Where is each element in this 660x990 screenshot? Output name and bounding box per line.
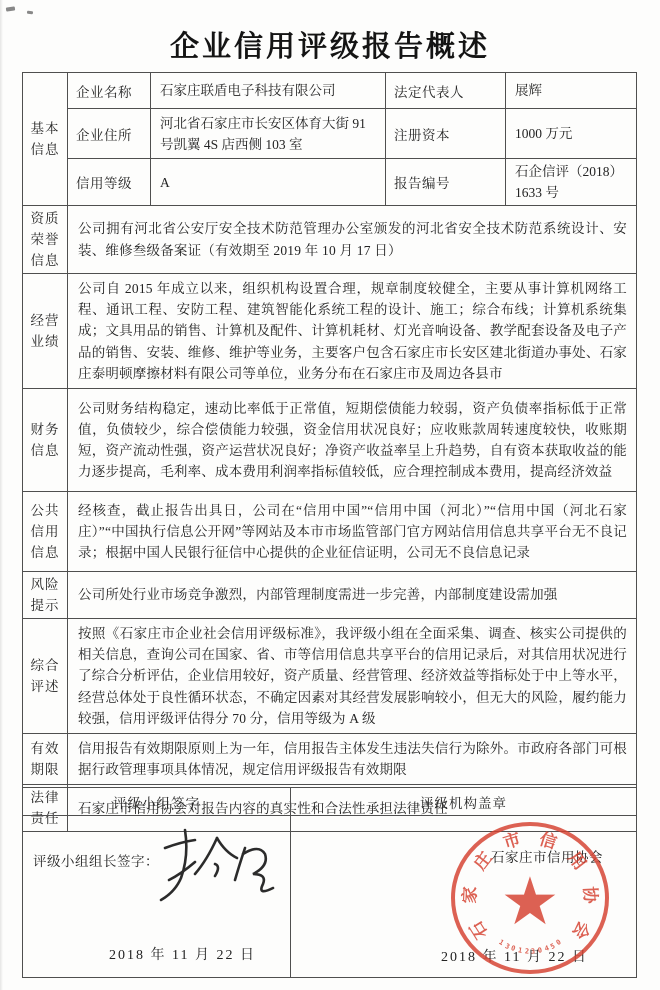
handwritten-signature bbox=[151, 822, 283, 912]
scan-edge-shadow bbox=[0, 0, 3, 990]
seal-star-icon: ★ bbox=[500, 869, 559, 935]
report-number-label: 报告编号 bbox=[386, 159, 506, 206]
report-table: 基本信息 企业名称 石家庄联盾电子科技有限公司 法定代表人 展辉 企业住所 河北… bbox=[22, 72, 637, 832]
company-name-value: 石家庄联盾电子科技有限公司 bbox=[151, 73, 386, 109]
public-credit-content: 经核查，截止报告出具日，公司在“信用中国”“信用中国（河北）”“信用中国（河北石… bbox=[68, 492, 637, 572]
validity-period-content: 信用报告有效期限原则上为一年，信用报告主体发生违法失信行为除外。市政府各部门可根… bbox=[68, 734, 637, 785]
table-row: 资质荣誉信息 公司拥有河北省公安厅安全技术防范管理办公室颁发的河北省安全技术防范… bbox=[23, 206, 637, 274]
table-row: 财务信息 公司财务结构稳定，速动比率低于正常值，短期偿债能力较弱，资产负债率指标… bbox=[23, 389, 637, 492]
table-row: 有效期限 信用报告有效期限原则上为一年，信用报告主体发生违法失信行为除外。市政府… bbox=[23, 734, 637, 785]
row-label-validity-period: 有效期限 bbox=[23, 734, 68, 785]
table-row: 企业住所 河北省石家庄市长安区体育大街 91 号凯翼 4S 店西侧 103 室 … bbox=[23, 109, 637, 159]
red-official-seal: ★ 石家庄市信用协会1301230450 bbox=[451, 822, 609, 974]
qualifications-content: 公司拥有河北省公安厅安全技术防范管理办公室颁发的河北省安全技术防范系统设计、安装… bbox=[68, 206, 637, 274]
table-row: 综合评述 按照《石家庄市企业社会信用评级标准》，我评级小组在全面采集、调查、核实… bbox=[23, 619, 637, 734]
seal-arc-char: 协 bbox=[581, 886, 599, 904]
signature-seal-table: 评级小组签字 评级机构盖章 评级小组组长签字： bbox=[22, 787, 637, 978]
report-number-value: 石企信评（2018）1633 号 bbox=[506, 159, 637, 206]
seal-arc-char: 2 bbox=[524, 948, 529, 955]
sign-header: 评级小组签字 bbox=[23, 788, 291, 816]
registered-capital-label: 注册资本 bbox=[386, 109, 506, 159]
credit-grade-label: 信用等级 bbox=[68, 159, 151, 206]
signature-cell: 评级小组组长签字： 2018 年 11 月 22 日 bbox=[23, 816, 291, 978]
overall-review-content: 按照《石家庄市企业社会信用评级标准》，我评级小组在全面采集、调查、核实公司提供的… bbox=[68, 619, 637, 734]
row-label-qualifications: 资质荣誉信息 bbox=[23, 206, 68, 274]
registered-capital-value: 1000 万元 bbox=[506, 109, 637, 159]
table-row: 经营业绩 公司自 2015 年成立以来，组织机构设置合理，规章制度较健全，主要从… bbox=[23, 274, 637, 389]
row-label-overall-review: 综合评述 bbox=[23, 619, 68, 734]
row-label-risk-warning: 风险提示 bbox=[23, 572, 68, 619]
row-label-public-credit: 公共信用信息 bbox=[23, 492, 68, 572]
row-label-business-performance: 经营业绩 bbox=[23, 274, 68, 389]
sign-date: 2018 年 11 月 22 日 bbox=[109, 944, 256, 964]
legal-rep-value: 展辉 bbox=[506, 73, 637, 109]
seal-cell: 石家庄市信用协会 2018 年 11 月 22 日 ★ 石家庄市信用协会1301… bbox=[291, 816, 637, 978]
risk-warning-content: 公司所处行业市场竞争激烈，内部管理制度需进一步完善，内部制度建设需加强 bbox=[68, 572, 637, 619]
company-address-label: 企业住所 bbox=[68, 109, 151, 159]
company-address-value: 河北省石家庄市长安区体育大街 91 号凯翼 4S 店西侧 103 室 bbox=[151, 109, 386, 159]
page-title: 企业信用评级报告概述 bbox=[0, 24, 660, 65]
scan-artifact bbox=[6, 6, 15, 11]
table-row: 风险提示 公司所处行业市场竞争激烈，内部管理制度需进一步完善，内部制度建设需加强 bbox=[23, 572, 637, 619]
table-row: 基本信息 企业名称 石家庄联盾电子科技有限公司 法定代表人 展辉 bbox=[23, 73, 637, 109]
scan-artifact bbox=[27, 11, 33, 15]
row-label-basic-info: 基本信息 bbox=[23, 73, 68, 206]
table-row: 评级小组组长签字： 2018 年 11 月 22 日 bbox=[23, 816, 637, 978]
credit-grade-value: A bbox=[151, 159, 386, 206]
financial-info-content: 公司财务结构稳定，速动比率低于正常值，短期偿债能力较弱，资产负债率指标低于正常值… bbox=[68, 389, 637, 492]
business-performance-content: 公司自 2015 年成立以来，组织机构设置合理，规章制度较健全，主要从事计算机网… bbox=[68, 274, 637, 389]
table-row: 公共信用信息 经核查，截止报告出具日，公司在“信用中国”“信用中国（河北）”“信… bbox=[23, 492, 637, 572]
seal-arc-char: 1 bbox=[517, 947, 522, 955]
company-name-label: 企业名称 bbox=[68, 73, 151, 109]
table-row: 信用等级 A 报告编号 石企信评（2018）1633 号 bbox=[23, 159, 637, 206]
legal-rep-label: 法定代表人 bbox=[386, 73, 506, 109]
row-label-financial-info: 财务信息 bbox=[23, 389, 68, 492]
credit-rating-report-page: 企业信用评级报告概述 基本信息 企业名称 石家庄联盾电子科技有限公司 法定代表人… bbox=[0, 0, 660, 990]
table-row: 评级小组签字 评级机构盖章 bbox=[23, 788, 637, 816]
seal-header: 评级机构盖章 bbox=[291, 788, 637, 816]
team-leader-sign-label: 评级小组组长签字： bbox=[33, 850, 159, 870]
seal-arc-char: 家 bbox=[461, 886, 479, 904]
